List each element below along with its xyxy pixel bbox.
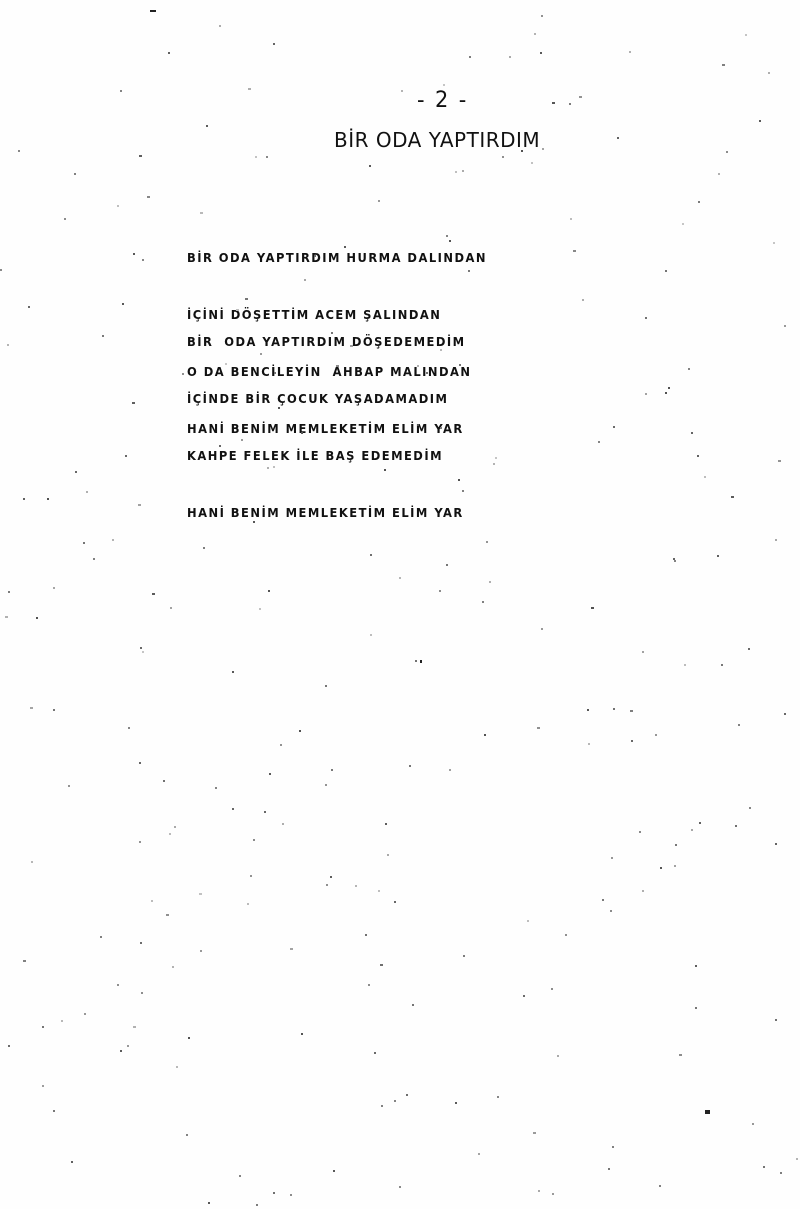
speck <box>675 844 677 846</box>
speck <box>773 242 775 244</box>
speck <box>100 936 102 938</box>
speck <box>47 498 49 500</box>
speck <box>30 707 33 709</box>
speck <box>778 460 781 462</box>
speck <box>759 120 761 122</box>
speck <box>163 780 165 782</box>
speck <box>326 884 328 886</box>
speck <box>469 56 471 58</box>
speck <box>18 150 20 152</box>
speck <box>182 373 184 375</box>
speck <box>394 901 396 903</box>
speck <box>278 407 280 409</box>
speck <box>493 463 495 465</box>
speck <box>138 504 141 506</box>
speck <box>239 1175 241 1177</box>
speck <box>112 539 114 541</box>
speck <box>139 762 141 764</box>
speck <box>325 685 327 687</box>
speck <box>579 96 582 98</box>
speck <box>468 270 470 272</box>
speck <box>695 965 697 967</box>
speck <box>698 201 700 203</box>
speck <box>71 1161 73 1163</box>
speck <box>381 1105 383 1107</box>
speck <box>166 914 169 916</box>
speck <box>374 1052 376 1054</box>
speck <box>215 787 217 789</box>
speck <box>273 43 275 45</box>
speck <box>617 137 619 139</box>
speck <box>697 455 699 457</box>
speck <box>168 52 170 54</box>
speck <box>731 496 734 498</box>
speck <box>521 150 523 152</box>
speck <box>384 469 386 471</box>
speck <box>268 590 270 592</box>
speck <box>23 498 25 500</box>
speck <box>660 867 662 869</box>
verse-line: BİR ODA YAPTIRDIM DÖŞEDEMEDİM <box>187 332 466 351</box>
speck <box>23 960 26 962</box>
speck <box>232 671 234 673</box>
speck <box>608 1168 610 1170</box>
speck <box>245 298 248 300</box>
speck <box>132 402 135 404</box>
page-number: - 2 - <box>417 88 468 113</box>
speck <box>120 90 122 92</box>
speck <box>523 995 525 997</box>
verse-line: BİR ODA YAPTIRDIM HURMA DALINDAN <box>187 248 487 267</box>
speck <box>784 713 786 715</box>
speck <box>273 466 275 468</box>
speck <box>420 660 422 663</box>
speck <box>125 455 127 457</box>
speck <box>613 708 615 710</box>
speck <box>86 491 88 493</box>
speck <box>684 664 686 666</box>
speck <box>629 51 631 53</box>
speck <box>722 64 725 66</box>
speck <box>484 734 486 736</box>
speck <box>378 890 380 892</box>
speck <box>0 269 2 271</box>
speck <box>206 125 208 127</box>
speck <box>538 1190 540 1192</box>
speck <box>446 564 448 566</box>
speck <box>415 660 417 662</box>
speck <box>455 1102 457 1104</box>
speck <box>446 235 448 237</box>
speck <box>458 479 460 481</box>
speck <box>752 1123 754 1125</box>
speck <box>573 250 576 252</box>
speck <box>401 90 403 92</box>
speck <box>247 903 249 905</box>
speck <box>200 950 202 952</box>
speck <box>83 542 85 544</box>
speck <box>588 743 590 745</box>
speck <box>796 1158 798 1160</box>
speck <box>459 364 461 366</box>
speck <box>68 785 70 787</box>
speck <box>695 1007 697 1009</box>
speck <box>682 223 684 225</box>
speck <box>565 934 567 936</box>
speck <box>64 218 66 220</box>
speck <box>314 255 316 257</box>
speck <box>331 769 333 771</box>
speck <box>150 10 156 12</box>
speck <box>301 1033 303 1035</box>
speck <box>28 306 30 308</box>
speck <box>537 727 540 729</box>
speck <box>691 432 693 434</box>
speck <box>269 773 271 775</box>
speck <box>122 303 124 305</box>
speck <box>325 784 327 786</box>
speck <box>399 1186 401 1188</box>
speck <box>541 15 543 17</box>
speck <box>665 270 667 272</box>
speck <box>344 246 346 248</box>
speck <box>674 560 676 562</box>
speck <box>406 1094 408 1096</box>
speck <box>253 521 255 523</box>
speck <box>699 822 701 824</box>
speck <box>370 554 372 556</box>
speck <box>748 648 750 650</box>
speck <box>551 988 553 990</box>
speck <box>645 393 647 395</box>
speck <box>273 1192 275 1194</box>
speck <box>665 392 667 394</box>
speck <box>267 467 269 469</box>
speck <box>541 628 543 630</box>
speck <box>188 1037 190 1039</box>
speck <box>449 240 451 242</box>
speck <box>290 1194 292 1196</box>
speck <box>679 1054 682 1056</box>
speck <box>630 710 633 712</box>
stanza-2: BİR ODA YAPTIRDIM DÖŞEDEMEDİM İÇİNDE BİR… <box>187 294 466 560</box>
speck <box>117 205 119 207</box>
speck <box>264 811 266 813</box>
speck <box>655 734 657 736</box>
speck <box>509 56 511 58</box>
speck <box>255 156 257 158</box>
speck <box>266 156 268 158</box>
speck <box>602 899 604 901</box>
speck <box>75 471 77 473</box>
speck <box>440 427 442 429</box>
speck <box>718 173 720 175</box>
speck <box>248 88 251 90</box>
speck <box>598 441 600 443</box>
speck <box>140 647 142 649</box>
speck <box>399 577 401 579</box>
speck <box>591 607 594 609</box>
speck <box>260 353 262 355</box>
speck <box>333 1170 335 1172</box>
speck <box>449 769 451 771</box>
speck <box>176 1066 178 1068</box>
speck <box>84 1013 86 1015</box>
speck <box>208 1202 210 1204</box>
speck <box>462 490 464 492</box>
speck <box>169 833 171 835</box>
speck <box>569 103 571 105</box>
speck <box>8 1045 10 1047</box>
speck <box>745 34 747 36</box>
speck <box>280 744 282 746</box>
speck <box>417 424 419 426</box>
speck <box>642 651 644 653</box>
speck <box>219 25 221 27</box>
speck <box>631 740 633 742</box>
speck <box>385 823 387 825</box>
speck <box>534 33 536 35</box>
speck <box>236 309 239 311</box>
speck <box>552 1193 554 1195</box>
speck <box>128 727 130 729</box>
speck <box>53 709 55 711</box>
speck <box>36 617 38 619</box>
speck <box>152 593 155 595</box>
speck <box>369 165 371 167</box>
speck <box>705 1110 710 1114</box>
speck <box>282 823 284 825</box>
speck <box>290 948 293 950</box>
speck <box>533 1132 536 1134</box>
speck <box>582 299 584 301</box>
speck <box>749 807 751 809</box>
speck <box>478 1153 480 1155</box>
speck <box>497 1096 499 1098</box>
speck <box>439 590 441 592</box>
speck <box>527 920 529 922</box>
speck <box>775 1019 777 1021</box>
speck <box>7 344 9 346</box>
speck <box>688 368 690 370</box>
speck <box>763 1166 765 1168</box>
speck <box>378 200 380 202</box>
scanned-page: - 2 - BİR ODA YAPTIRDIM BİR ODA YAPTIRDI… <box>0 0 800 1209</box>
speck <box>142 651 144 653</box>
speck <box>61 1020 63 1022</box>
speck <box>775 539 777 541</box>
speck <box>172 966 174 968</box>
speck <box>610 910 612 912</box>
speck <box>301 432 303 434</box>
speck <box>355 885 357 887</box>
speck <box>31 861 33 863</box>
speck <box>704 476 706 478</box>
speck <box>552 102 555 104</box>
speck <box>241 439 243 441</box>
speck <box>721 664 723 666</box>
speck <box>350 345 353 347</box>
speck <box>426 372 428 374</box>
speck <box>775 843 777 845</box>
speck <box>42 1026 44 1028</box>
speck <box>117 984 119 986</box>
speck <box>120 1050 122 1052</box>
speck <box>531 162 533 164</box>
speck <box>74 173 76 175</box>
speck <box>370 634 372 636</box>
speck <box>259 608 261 610</box>
speck <box>368 984 370 986</box>
speck <box>170 607 172 609</box>
speck <box>540 52 542 54</box>
speck <box>174 826 176 828</box>
speck <box>587 709 589 711</box>
speck <box>462 170 464 172</box>
speck <box>443 84 445 86</box>
speck <box>495 457 497 459</box>
speck <box>151 900 153 902</box>
speck <box>394 1100 396 1102</box>
speck <box>735 825 737 827</box>
speck <box>147 196 150 198</box>
speck <box>409 765 411 767</box>
speck <box>232 808 234 810</box>
speck <box>203 547 205 549</box>
speck <box>299 730 301 732</box>
speck <box>726 151 728 153</box>
speck <box>780 1172 782 1174</box>
speck <box>127 1045 129 1047</box>
speck <box>412 1004 414 1006</box>
speck <box>738 724 740 726</box>
speck <box>42 1085 44 1087</box>
speck <box>489 581 491 583</box>
verse-line: HANİ BENİM MEMLEKETİM ELİM YAR <box>187 503 466 522</box>
speck <box>53 587 55 589</box>
speck <box>336 365 339 367</box>
speck <box>642 890 644 892</box>
speck <box>199 893 202 895</box>
speck <box>219 445 221 447</box>
speck <box>102 335 104 337</box>
speck <box>387 854 389 856</box>
speck <box>482 601 484 603</box>
speck <box>330 876 332 878</box>
speck <box>139 155 142 157</box>
speck <box>141 992 143 994</box>
speck <box>612 1146 614 1148</box>
speck <box>253 839 255 841</box>
speck <box>380 964 383 966</box>
speck <box>768 72 770 74</box>
speck <box>570 218 572 220</box>
speck <box>645 317 647 319</box>
speck <box>200 212 203 214</box>
poem-title: BİR ODA YAPTIRDIM <box>334 128 540 152</box>
speck <box>542 148 544 150</box>
speck <box>668 387 670 389</box>
speck <box>365 934 367 936</box>
speck <box>502 156 504 158</box>
speck <box>557 1055 559 1057</box>
speck <box>8 591 10 593</box>
speck <box>133 1026 136 1028</box>
speck <box>5 616 8 618</box>
verse-line: KAHPE FELEK İLE BAŞ EDEMEDİM <box>187 446 466 465</box>
speck <box>186 1134 188 1136</box>
speck <box>659 1185 661 1187</box>
speck <box>93 558 95 560</box>
speck <box>304 279 306 281</box>
speck <box>225 363 227 365</box>
speck <box>142 259 144 261</box>
speck <box>140 942 142 944</box>
verse-line: İÇİNDE BİR ÇOCUK YAŞADAMADIM <box>187 389 466 408</box>
speck <box>639 831 641 833</box>
speck <box>691 829 693 831</box>
speck <box>139 841 141 843</box>
speck <box>486 541 488 543</box>
speck <box>455 171 457 173</box>
speck <box>463 955 465 957</box>
speck <box>674 865 676 867</box>
speck <box>133 253 135 255</box>
speck <box>331 332 333 334</box>
speck <box>784 325 786 327</box>
speck <box>440 349 442 351</box>
speck <box>611 857 613 859</box>
speck <box>250 875 252 877</box>
speck <box>53 1110 55 1112</box>
speck <box>417 365 419 367</box>
speck <box>274 372 276 374</box>
speck <box>717 555 719 557</box>
speck <box>613 426 615 428</box>
speck <box>256 1204 258 1206</box>
